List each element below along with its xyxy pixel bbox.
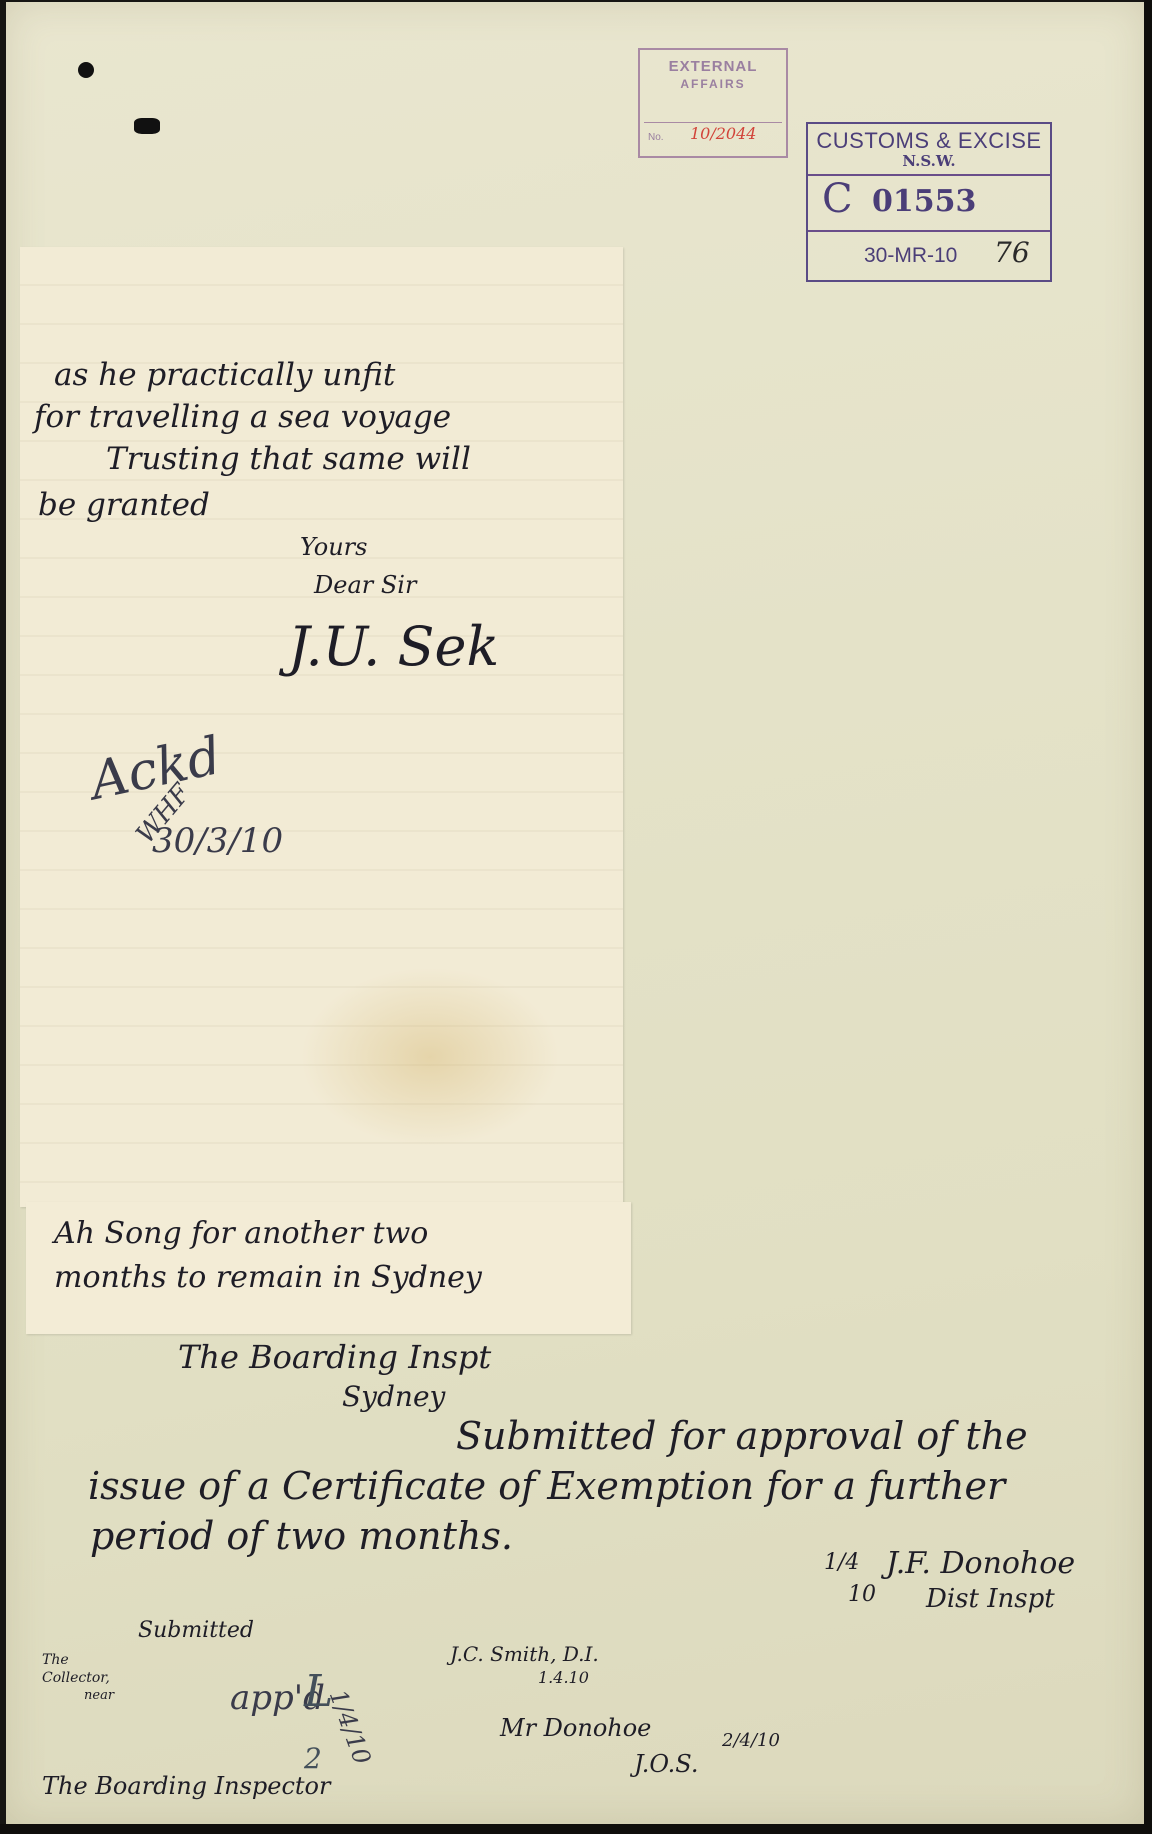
smith-signature: J.C. Smith, D.I.	[450, 1642, 599, 1666]
minute-body-line: Submitted for approval of the	[456, 1414, 1028, 1458]
punch-hole-mark	[78, 62, 94, 78]
customs-excise-stamp: CUSTOMS & EXCISE N.S.W. C 01553 30-MR-10…	[806, 122, 1052, 282]
stamp-header: CUSTOMS & EXCISE N.S.W.	[808, 124, 1050, 176]
letter-line: for travelling a sea voyage	[34, 399, 451, 435]
jos-initials: J.O.S.	[634, 1750, 699, 1778]
minute-body-line: period of two months.	[90, 1514, 513, 1558]
endorsement-addressee: The	[42, 1652, 69, 1668]
strip-line: months to remain in Sydney	[54, 1260, 482, 1295]
stamp-line-1: EXTERNAL	[640, 58, 786, 75]
stamp-line-2: AFFAIRS	[640, 77, 786, 91]
stamp-reference-number: 10/2044	[690, 124, 756, 143]
approved-date: 1/4/10	[324, 1686, 377, 1768]
smith-date: 1.4.10	[538, 1668, 589, 1687]
stamp-subtitle: N.S.W.	[808, 152, 1050, 170]
stamp-no-label: No.	[648, 132, 664, 143]
endorsement-addressee: Collector,	[42, 1670, 110, 1686]
stamp-number: 01553	[872, 184, 976, 219]
letter-closing: Yours	[300, 533, 367, 561]
letter-closing: Dear Sir	[314, 571, 416, 599]
ink-blot-mark	[134, 118, 160, 134]
strip-line: Ah Song for another two	[54, 1216, 428, 1251]
letter-continuation-strip: Ah Song for another two months to remain…	[26, 1202, 631, 1334]
endorsement-addressee: near	[84, 1688, 114, 1703]
approved-extra-mark: 2	[304, 1742, 322, 1775]
stamp-number-row: C 01553	[808, 176, 1050, 232]
letter-signature: J.U. Sek	[288, 615, 499, 678]
donohoe-note: Mr Donohoe	[500, 1714, 651, 1742]
minute-signature: J.F. Donohoe	[886, 1546, 1075, 1581]
scan-edge-bottom	[0, 1824, 1152, 1834]
stamp-prefix: C	[822, 176, 853, 222]
stamp-title: CUSTOMS & EXCISE	[808, 124, 1050, 154]
minute-addressee: The Boarding Inspt	[178, 1338, 491, 1376]
external-affairs-stamp: EXTERNAL AFFAIRS No. 10/2044	[638, 48, 788, 158]
letter-line: as he practically unfit	[54, 357, 395, 393]
stamp-date-row: 30-MR-10 76	[808, 232, 1050, 280]
minute-signatory-title: Dist Inspt	[926, 1584, 1055, 1614]
endorsement-submitted: Submitted	[138, 1618, 254, 1643]
acknowledged-date: 30/3/10	[152, 821, 283, 861]
scan-edge-right	[1144, 0, 1152, 1834]
minute-date-numerator: 1/4	[824, 1550, 859, 1575]
document-page: EXTERNAL AFFAIRS No. 10/2044 CUSTOMS & E…	[6, 2, 1144, 1824]
minute-body-line: issue of a Certificate of Exemption for …	[88, 1464, 1005, 1508]
minute-addressee-city: Sydney	[342, 1380, 445, 1413]
minute-date-denominator: 10	[848, 1582, 876, 1607]
stamp-date: 30-MR-10	[864, 244, 957, 268]
jos-date: 2/4/10	[722, 1730, 780, 1751]
stamp-folio-number: 76	[994, 236, 1030, 269]
letter-sheet: as he practically unfit for travelling a…	[20, 247, 623, 1207]
stamp-divider	[644, 122, 782, 123]
endorsement-boarding-inspector: The Boarding Inspector	[42, 1772, 330, 1800]
letter-line: be granted	[38, 487, 210, 523]
letter-line: Trusting that same will	[106, 441, 471, 477]
